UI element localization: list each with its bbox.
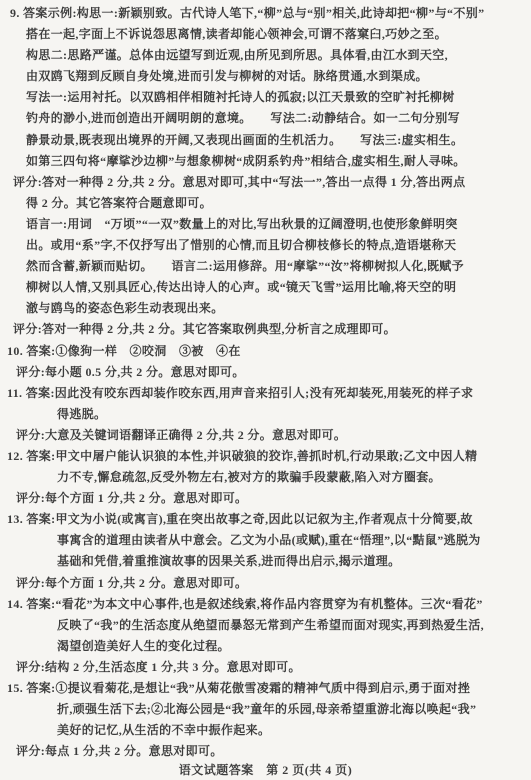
- answer-line: 13. 答案:甲文为小说(或寓言),重在突出故事之奇,因此以记叙为主,作者观点十…: [0, 509, 531, 530]
- answer-line: 得逃脱。: [0, 404, 531, 425]
- answer-line: 10. 答案:①像狗一样 ②咬洞 ③被 ④在: [0, 341, 531, 362]
- answer-items-container: 9. 答案示例:构思一:新颖别致。古代诗人笔下,“柳”总与“别”相关,此诗却把“…: [0, 3, 531, 762]
- answer-line: 反映了“我”的生活态度从绝望而暴怒无常到产生希望而面对现实,再到热爱生活,: [0, 615, 531, 636]
- answer-line: 钓舟的渺小,进而创造出开阔明朗的意境。 写法二:动静结合。如一二句分别写: [0, 108, 531, 129]
- answer-line: 静景动景,既表现出境界的开阔,又表现出画面的生机活力。 写法三:虚实相生。: [0, 130, 531, 151]
- answer-line: 评分:每个方面 1 分,共 2 分。意思对即可。: [0, 488, 531, 509]
- answer-line: 如第三四句将“摩挲沙边柳”与想象柳树“成阴系钓舟”相结合,虚实相生,耐人寻味。: [0, 151, 531, 172]
- answer-line: 力不专,懈怠疏忽,反受外物左右,被对方的欺骗手段蒙蔽,陷入对方圈套。: [0, 467, 531, 488]
- answer-line: 然而含蓄,新颖而贴切。 语言二:运用修辞。用“摩挲”“汝”将柳树拟人化,既赋予: [0, 256, 531, 277]
- answer-line: 由双鸥飞翔到反顾自身处境,进而引发与柳树的对话。脉络贯通,水到渠成。: [0, 66, 531, 87]
- answer-line: 写法一:运用衬托。以双鸥相伴相随衬托诗人的孤寂;以江天景致的空旷衬托柳树: [0, 87, 531, 108]
- answer-item-9: 9. 答案示例:构思一:新颖别致。古代诗人笔下,“柳”总与“别”相关,此诗却把“…: [0, 3, 531, 341]
- answer-line: 基础和凭借,着重推演故事的因果关系,进而得出启示,揭示道理。: [0, 551, 531, 572]
- answer-line: 评分:答对一种得 2 分,共 2 分。意思对即可,其中“写法一”,答出一点得 1…: [0, 172, 531, 193]
- answer-line: 得 2 分。其它答案符合题意即可。: [0, 193, 531, 214]
- answer-line: 澈与鸥鸟的姿态色彩生动表现出来。: [0, 298, 531, 319]
- answer-item-14: 14. 答案:“看花”为本文中心事件,也是叙述线索,将作品内容贯穿为有机整体。三…: [0, 594, 531, 678]
- answer-line: 评分:大意及关键词语翻译正确得 2 分,共 2 分。意思对即可。: [0, 425, 531, 446]
- answer-line: 折,顽强生活下去;②北海公园是“我”童年的乐园,母亲希望重游北海以唤起“我”: [0, 699, 531, 720]
- answer-line: 评分:答对一种得 2 分,共 2 分。其它答案取例典型,分析言之成理即可。: [0, 319, 531, 340]
- answer-line: 渴望创造美好人生的变化过程。: [0, 636, 531, 657]
- answer-line: 搭在一起,字面上不诉说怨思离情,读者却能心领神会,可谓不落窠臼,巧妙之至。: [0, 24, 531, 45]
- answer-line: 事寓含的道理由读者从中意会。乙文为小品(或赋),重在“悟理”,以“黠鼠”逃脱为: [0, 530, 531, 551]
- answer-line: 15. 答案:①提议看菊花,是想让“我”从菊花傲雪凌霜的精神气质中得到启示,勇于…: [0, 678, 531, 699]
- answer-sheet-page: 9. 答案示例:构思一:新颖别致。古代诗人笔下,“柳”总与“别”相关,此诗却把“…: [0, 0, 531, 780]
- answer-line: 语言一:用词 “万顷”“一双”数量上的对比,写出秋景的辽阔澄明,也使形象鲜明突: [0, 214, 531, 235]
- answer-line: 柳树以人情,又别具匠心,传达出诗人的心声。或“镜天飞雪”运用比喻,将天空的明: [0, 277, 531, 298]
- answer-line: 14. 答案:“看花”为本文中心事件,也是叙述线索,将作品内容贯穿为有机整体。三…: [0, 594, 531, 615]
- answer-line: 构思二:思路严谨。总体由远望写到近观,由所见到所思。具体看,由江水到天空,: [0, 45, 531, 66]
- answer-line: 评分:结构 2 分,生活态度 1 分,共 3 分。意思对即可。: [0, 657, 531, 678]
- answer-line: 11. 答案:因此没有咬东西却装作咬东西,用声音来招引人;没有死却装死,用装死的…: [0, 383, 531, 404]
- answer-line: 9. 答案示例:构思一:新颖别致。古代诗人笔下,“柳”总与“别”相关,此诗却把“…: [0, 3, 531, 24]
- answer-line: 出。或用“系”字,不仅抒写出了惜别的心情,而且切合柳枝修长的特点,造语堪称天: [0, 235, 531, 256]
- answer-item-11: 11. 答案:因此没有咬东西却装作咬东西,用声音来招引人;没有死却装死,用装死的…: [0, 383, 531, 446]
- answer-line: 评分:每点 1 分,共 2 分。意思对即可。: [0, 741, 531, 762]
- answer-line: 美好的记忆,从生活的不幸中振作起来。: [0, 720, 531, 741]
- answer-line: 12. 答案:甲文中屠户能认识狼的本性,并识破狼的狡诈,善抓时机,行动果敢;乙文…: [0, 446, 531, 467]
- page-footer: 语文试题答案 第 2 页(共 4 页): [0, 762, 531, 779]
- answer-line: 评分:每个方面 1 分,共 2 分。意思对即可。: [0, 573, 531, 594]
- answer-item-12: 12. 答案:甲文中屠户能认识狼的本性,并识破狼的狡诈,善抓时机,行动果敢;乙文…: [0, 446, 531, 509]
- answer-item-15: 15. 答案:①提议看菊花,是想让“我”从菊花傲雪凌霜的精神气质中得到启示,勇于…: [0, 678, 531, 762]
- answer-line: 评分:每小题 0.5 分,共 2 分。意思对即可。: [0, 362, 531, 383]
- answer-item-10: 10. 答案:①像狗一样 ②咬洞 ③被 ④在评分:每小题 0.5 分,共 2 分…: [0, 341, 531, 383]
- answer-item-13: 13. 答案:甲文为小说(或寓言),重在突出故事之奇,因此以记叙为主,作者观点十…: [0, 509, 531, 593]
